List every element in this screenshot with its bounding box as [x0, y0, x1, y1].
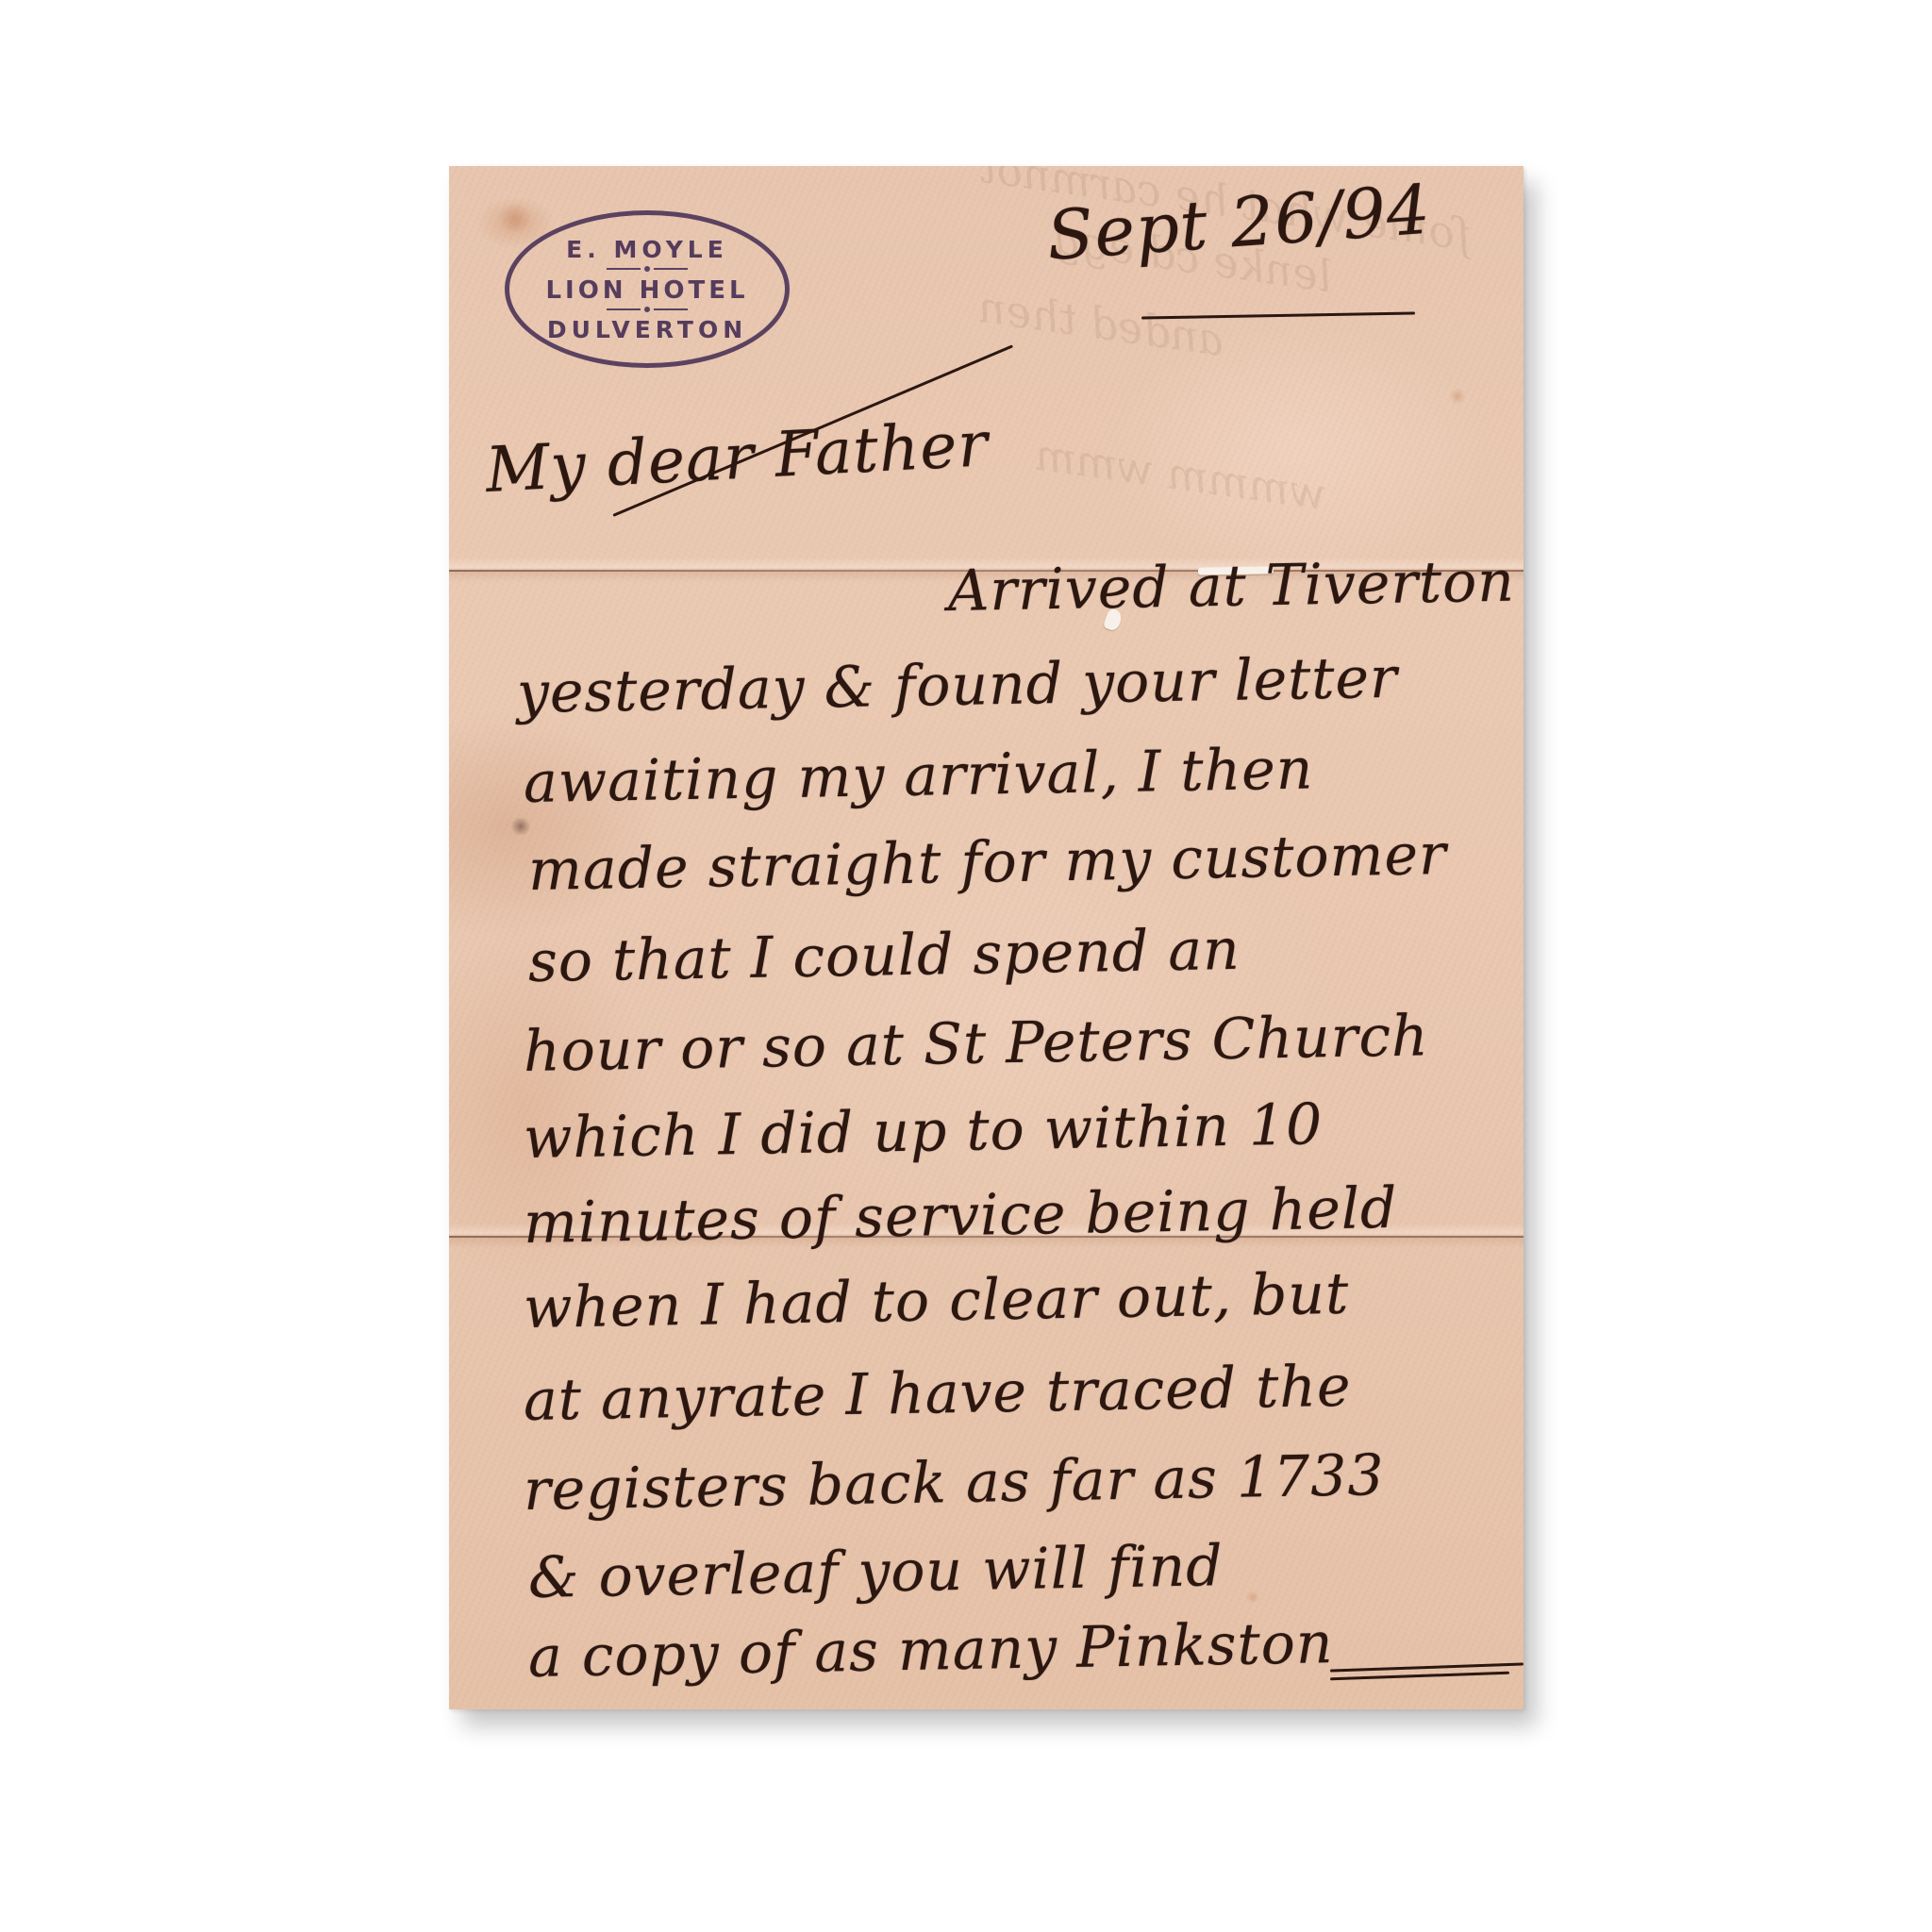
letter-line: awaiting my arrival, I then [523, 736, 1313, 816]
stamp-hotel-name: LION HOTEL [509, 276, 785, 305]
foxing-spot [496, 204, 534, 232]
stamp-divider [607, 267, 688, 271]
letter-line: a copy of as many Pinkston [527, 1610, 1334, 1690]
letter-line: & overleaf you will find [527, 1533, 1224, 1611]
stamp-town: DULVERTON [509, 316, 785, 343]
photo-background: ſome what he carmnot lenke cd egg anded … [0, 0, 1932, 1932]
bleed-through-writing: anded then [975, 281, 1228, 366]
foxing-spot [1246, 1591, 1259, 1604]
hotel-stamp: E. MOYLE LION HOTEL DULVERTON [505, 210, 790, 368]
letter-line: which I did up to within 10 [523, 1091, 1323, 1172]
letter-line: so that I could spend an [527, 917, 1241, 995]
bleed-through-writing: wmmm wmm [1032, 429, 1330, 521]
foxing-spot [1449, 388, 1466, 405]
ink-blot [509, 818, 532, 835]
stamp-divider [607, 308, 688, 311]
letter-line: Arrived at Tiverton [947, 549, 1515, 625]
stamp-proprietor: E. MOYLE [509, 236, 785, 263]
